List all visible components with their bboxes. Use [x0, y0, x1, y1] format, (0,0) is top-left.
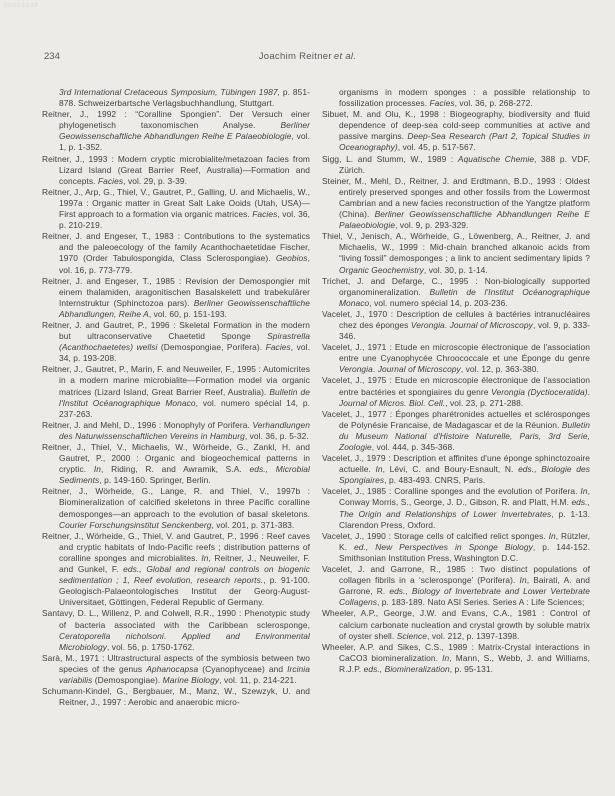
reference-entry: Vacelet, J. and Garrone, R., 1985 : Two …	[322, 564, 590, 608]
reference-italic-text: Aphanocapsa	[146, 664, 198, 674]
reference-text: , Riding, R. and Awramik, S.A.	[101, 464, 250, 474]
reference-text: , vol. 60, p. 151-193.	[149, 309, 227, 319]
reference-text: Vacelet, J., 1985 : Coralline sponges an…	[322, 486, 580, 496]
reference-entry: Thiel, V., Jenisch, A., Wörheide, G., Lö…	[322, 231, 590, 275]
reference-entry: Wheeler, A.P. and Sikes, C.S., 1989 : Ma…	[322, 642, 590, 675]
reference-entry: organisms in modern sponges : a possible…	[322, 87, 590, 109]
reference-entry: Vacelet, J., 1990 : Storage cells of cal…	[322, 531, 590, 564]
reference-text: Vacelet, J., 1971 : Etude en microscopie…	[322, 342, 590, 363]
reference-italic-text: Courier Forschungsinstitut Senckenberg	[59, 520, 211, 530]
reference-entry: Reitner, J. and Engeser, T., 1983 : Cont…	[42, 231, 310, 275]
reference-entry: Vacelet, J., 1977 : Éponges pharétronide…	[322, 409, 590, 453]
reference-entry: Vacelet, J., 1979 : Description et affin…	[322, 453, 590, 486]
reference-italic-text: eds., Biomineralization	[364, 664, 450, 674]
reference-italic-text: Journal of Micros. Biol. Cell.	[339, 398, 445, 408]
reference-text: Reitner, J. and Mehl, D., 1996 : Monophy…	[42, 420, 252, 430]
reference-entry: 3rd International Cretaceous Symposium, …	[42, 87, 310, 109]
running-head: Joachim Reitneret al.	[0, 51, 615, 62]
reference-italic-text: Verongia	[411, 320, 445, 330]
reference-entry: Vacelet, J., 1971 : Etude en microscopie…	[322, 342, 590, 375]
reference-entry: Reitner, J. and Engeser, T., 1985 : Revi…	[42, 276, 310, 320]
reference-italic-text: Facies	[266, 342, 291, 352]
reference-text: .	[588, 387, 590, 397]
reference-text: Vacelet, J., 1977 : Éponges pharétronide…	[322, 409, 590, 430]
reference-entry: Schumann-Kindel, G., Bergbauer, M., Manz…	[42, 686, 310, 708]
references-column-right: organisms in modern sponges : a possible…	[322, 87, 590, 708]
page-header: 234 Joachim Reitneret al.	[0, 51, 615, 63]
reference-text: Sigg, L. and Stumm, W., 1989 :	[322, 154, 458, 164]
reference-text: (Cyanophyceae) and	[198, 664, 287, 674]
reference-text: , Lévi, C. and Boury-Esnault, N.	[383, 464, 518, 474]
reference-text: (Demospongiae, Porifera).	[157, 342, 265, 352]
reference-text: , vol. numero spécial 14, p. 203-236.	[369, 298, 507, 308]
reference-italic-text: Science	[397, 631, 427, 641]
page-number: 234	[44, 51, 60, 62]
reference-italic-text: Facies	[429, 98, 454, 108]
reference-italic-text: Verongia	[339, 364, 373, 374]
reference-text: Reitner, J. and Engeser, T., 1983 : Cont…	[42, 231, 310, 263]
reference-entry: Reitner, J., Wörheide, G., Lange, R. and…	[42, 486, 310, 530]
reference-entry: Reitner, J., Gautret, P., Marin, F. and …	[42, 364, 310, 419]
references-section: 3rd International Cretaceous Symposium, …	[42, 87, 590, 708]
reference-entry: Vacelet, J., 1985 : Coralline sponges an…	[322, 486, 590, 530]
reference-entry: Steiner, M., Mehl, D., Reitner, J. and E…	[322, 176, 590, 231]
reference-text: , vol. 212, p. 1397-1398.	[427, 631, 519, 641]
reference-entry: Reitner, J., 1993 : Modern cryptic micro…	[42, 154, 310, 187]
reference-text: , vol. 9, p. 293-329.	[395, 220, 468, 230]
reference-text: .	[164, 631, 182, 641]
reference-text: Vacelet, J., 1990 : Storage cells of cal…	[322, 531, 549, 541]
reference-italic-text: In	[520, 575, 527, 585]
scanned-page: 00009838 234 Joachim Reitneret al. 3rd I…	[0, 0, 615, 796]
reference-entry: Reitner, J., Thiel, V., Michaelis, W., W…	[42, 442, 310, 486]
reference-entry: Reitner, J., Arp, G., Thiel, V., Gautret…	[42, 187, 310, 231]
reference-text: , p. 95-131.	[450, 664, 493, 674]
references-column-left: 3rd International Cretaceous Symposium, …	[42, 87, 310, 708]
reference-italic-text: Facies	[252, 209, 277, 219]
running-head-etal: et al.	[334, 51, 356, 62]
reference-italic-text: In	[580, 486, 587, 496]
reference-text: , vol. 201, p. 371-383.	[211, 520, 294, 530]
reference-entry: Vacelet, J., 1970 : Description de cellu…	[322, 309, 590, 342]
reference-text: , vol. 36, p. 5-32.	[245, 431, 309, 441]
reference-entry: Sibuet, M. and Olu, K., 1998 : Biogeogra…	[322, 109, 590, 153]
reference-italic-text: Journal of Microscopy	[378, 364, 461, 374]
reference-italic-text: Journal of Microscopy	[450, 320, 533, 330]
reference-italic-text: Organic Geochemistry	[339, 265, 424, 275]
reference-entry: Wheeler, A.P., George, J.W. and Evans, C…	[322, 608, 590, 641]
reference-text: , p. 483-493. CNRS, Paris.	[384, 475, 485, 485]
reference-entry: Sigg, L. and Stumm, W., 1989 : Aquatisch…	[322, 154, 590, 176]
reference-italic-text: Verongia (Dyctioceratida)	[491, 387, 587, 397]
reference-entry: Reitner, J. and Mehl, D., 1996 : Monophy…	[42, 420, 310, 442]
reference-text: , vol. 23, p. 271-288.	[445, 398, 523, 408]
reference-text: , vol. 30, p. 1-14.	[424, 265, 488, 275]
reference-italic-text: In	[549, 531, 556, 541]
reference-italic-text: ed., New Perspectives in Sponge Biology	[354, 542, 533, 552]
reference-text: (Demospongiae).	[92, 675, 162, 685]
reference-entry: Reitner, J., Wörheide, G., Thiel, V. and…	[42, 531, 310, 609]
scan-artifact: 00009838	[4, 3, 39, 9]
reference-text: , vol. 56, p. 1750-1762.	[107, 642, 195, 652]
reference-entry: Reitner, J., 1992 : “Coralline Spongien”…	[42, 109, 310, 153]
reference-text: Schumann-Kindel, G., Bergbauer, M., Manz…	[42, 686, 310, 707]
reference-entry: Sarà, M., 1971 : Ultrastructural aspects…	[42, 653, 310, 686]
reference-text: Reitner, J., Wörheide, G., Lange, R. and…	[42, 486, 310, 518]
reference-italic-text: Ceratoporella nicholsoni	[59, 631, 164, 641]
reference-text: Reitner, J., 1992 : “Coralline Spongien”…	[42, 109, 310, 130]
reference-text: Thiel, V., Jenisch, A., Wörheide, G., Lö…	[322, 231, 590, 263]
reference-entry: Vacelet, J., 1975 : Etude en microscopie…	[322, 375, 590, 408]
reference-italic-text: Marine Biology	[163, 675, 220, 685]
reference-text: , p. 183-189. Nato ASI Series. Series A …	[377, 597, 584, 607]
reference-italic-text: In	[376, 464, 383, 474]
reference-text: , p. 149-160. Springer, Berlin.	[99, 475, 210, 485]
reference-italic-text: 3rd International Cretaceous Symposium, …	[59, 87, 280, 97]
reference-italic-text: Aquatische Chemie	[458, 154, 534, 164]
reference-text: Santavy, D. L., Willenz, P. and Colwell,…	[42, 608, 310, 629]
reference-entry: Trichet, J. and Defarge, C., 1995 : Non-…	[322, 276, 590, 309]
reference-text: , vol. 12, p. 363-380.	[461, 364, 539, 374]
reference-text: , vol. 36, p. 268-272.	[455, 98, 533, 108]
reference-italic-text: Geobios	[276, 253, 308, 263]
reference-italic-text: Facies	[98, 176, 123, 186]
running-head-authors: Joachim Reitner	[259, 51, 332, 62]
reference-italic-text: In	[94, 464, 101, 474]
reference-text: , vol. 444, p. 345-368.	[372, 442, 455, 452]
reference-entry: Reitner, J. and Gautret, P., 1996 : Skel…	[42, 320, 310, 364]
reference-entry: Santavy, D. L., Willenz, P. and Colwell,…	[42, 608, 310, 652]
reference-text: , vol. 29, p. 3-39.	[123, 176, 187, 186]
reference-text: , vol. 45, p. 517-567.	[398, 142, 476, 152]
reference-text: , vol. 11, p. 214-221.	[219, 675, 297, 685]
